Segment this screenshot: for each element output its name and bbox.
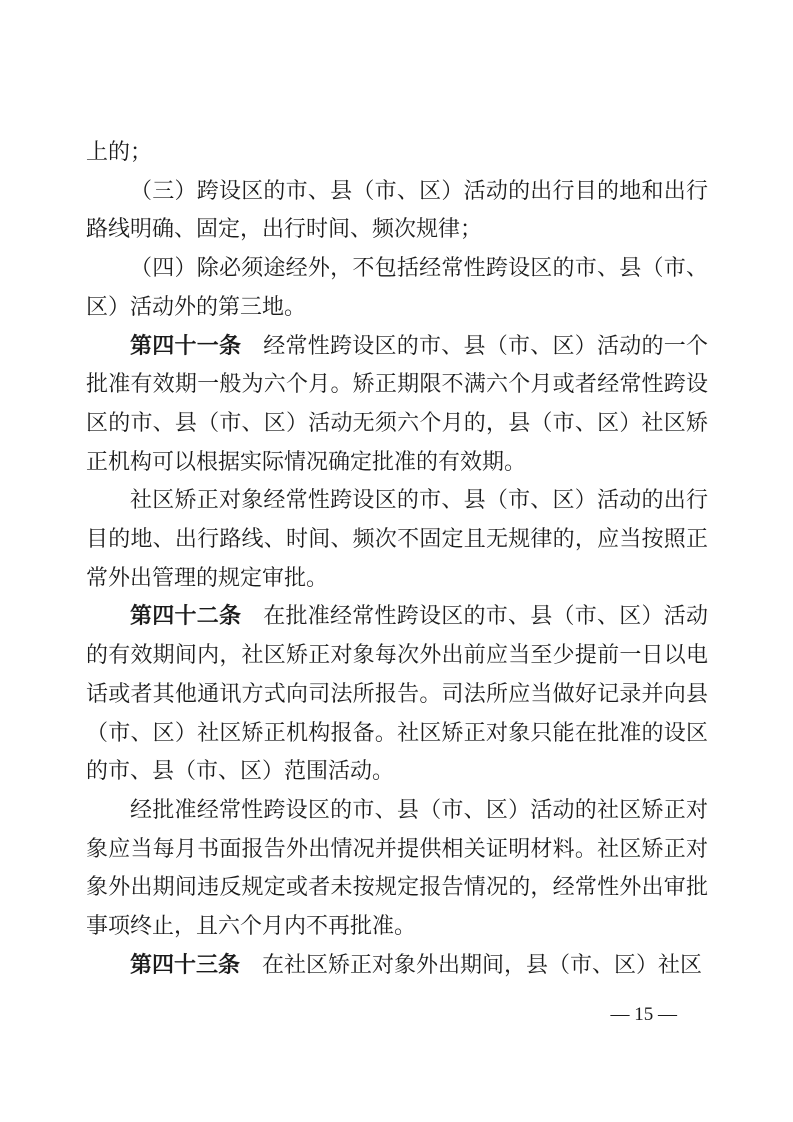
- paragraph-article-42: 第四十二条在批准经常性跨设区的市、县（市、区）活动的有效期间内，社区矫正对象每次…: [86, 597, 708, 791]
- paragraph-plain: 社区矫正对象经常性跨设区的市、县（市、区）活动的出行目的地、出行路线、时间、频次…: [86, 481, 708, 597]
- article-number: 第四十三条: [130, 952, 240, 977]
- paragraph-item-3: （三）跨设区的市、县（市、区）活动的出行目的地和出行路线明确、固定，出行时间、频…: [86, 172, 708, 249]
- paragraph-text: 上的；: [86, 139, 152, 164]
- article-number: 第四十一条: [130, 333, 241, 358]
- paragraph-continuation: 上的；: [86, 133, 708, 172]
- paragraph-plain: 经批准经常性跨设区的市、县（市、区）活动的社区矫正对象应当每月书面报告外出情况并…: [86, 791, 708, 946]
- paragraph-item-4: （四）除必须途经外，不包括经常性跨设区的市、县（市、区）活动外的第三地。: [86, 249, 708, 326]
- page-number: — 15 —: [611, 1004, 678, 1026]
- document-page: 上的； （三）跨设区的市、县（市、区）活动的出行目的地和出行路线明确、固定，出行…: [0, 0, 793, 1122]
- article-text: 在社区矫正对象外出期间，县（市、区）社区: [262, 952, 702, 977]
- paragraph-article-43: 第四十三条在社区矫正对象外出期间，县（市、区）社区: [86, 946, 708, 985]
- document-body: 上的； （三）跨设区的市、县（市、区）活动的出行目的地和出行路线明确、固定，出行…: [86, 133, 708, 984]
- paragraph-text: 社区矫正对象经常性跨设区的市、县（市、区）活动的出行目的地、出行路线、时间、频次…: [86, 487, 708, 589]
- article-text: 在批准经常性跨设区的市、县（市、区）活动的有效期间内，社区矫正对象每次外出前应当…: [86, 603, 708, 783]
- article-number: 第四十二条: [130, 603, 241, 628]
- paragraph-article-41: 第四十一条经常性跨设区的市、县（市、区）活动的一个批准有效期一般为六个月。矫正期…: [86, 327, 708, 482]
- paragraph-text: （四）除必须途经外，不包括经常性跨设区的市、县（市、区）活动外的第三地。: [86, 255, 708, 319]
- paragraph-text: 经批准经常性跨设区的市、县（市、区）活动的社区矫正对象应当每月书面报告外出情况并…: [86, 797, 708, 938]
- paragraph-text: （三）跨设区的市、县（市、区）活动的出行目的地和出行路线明确、固定，出行时间、频…: [86, 178, 708, 242]
